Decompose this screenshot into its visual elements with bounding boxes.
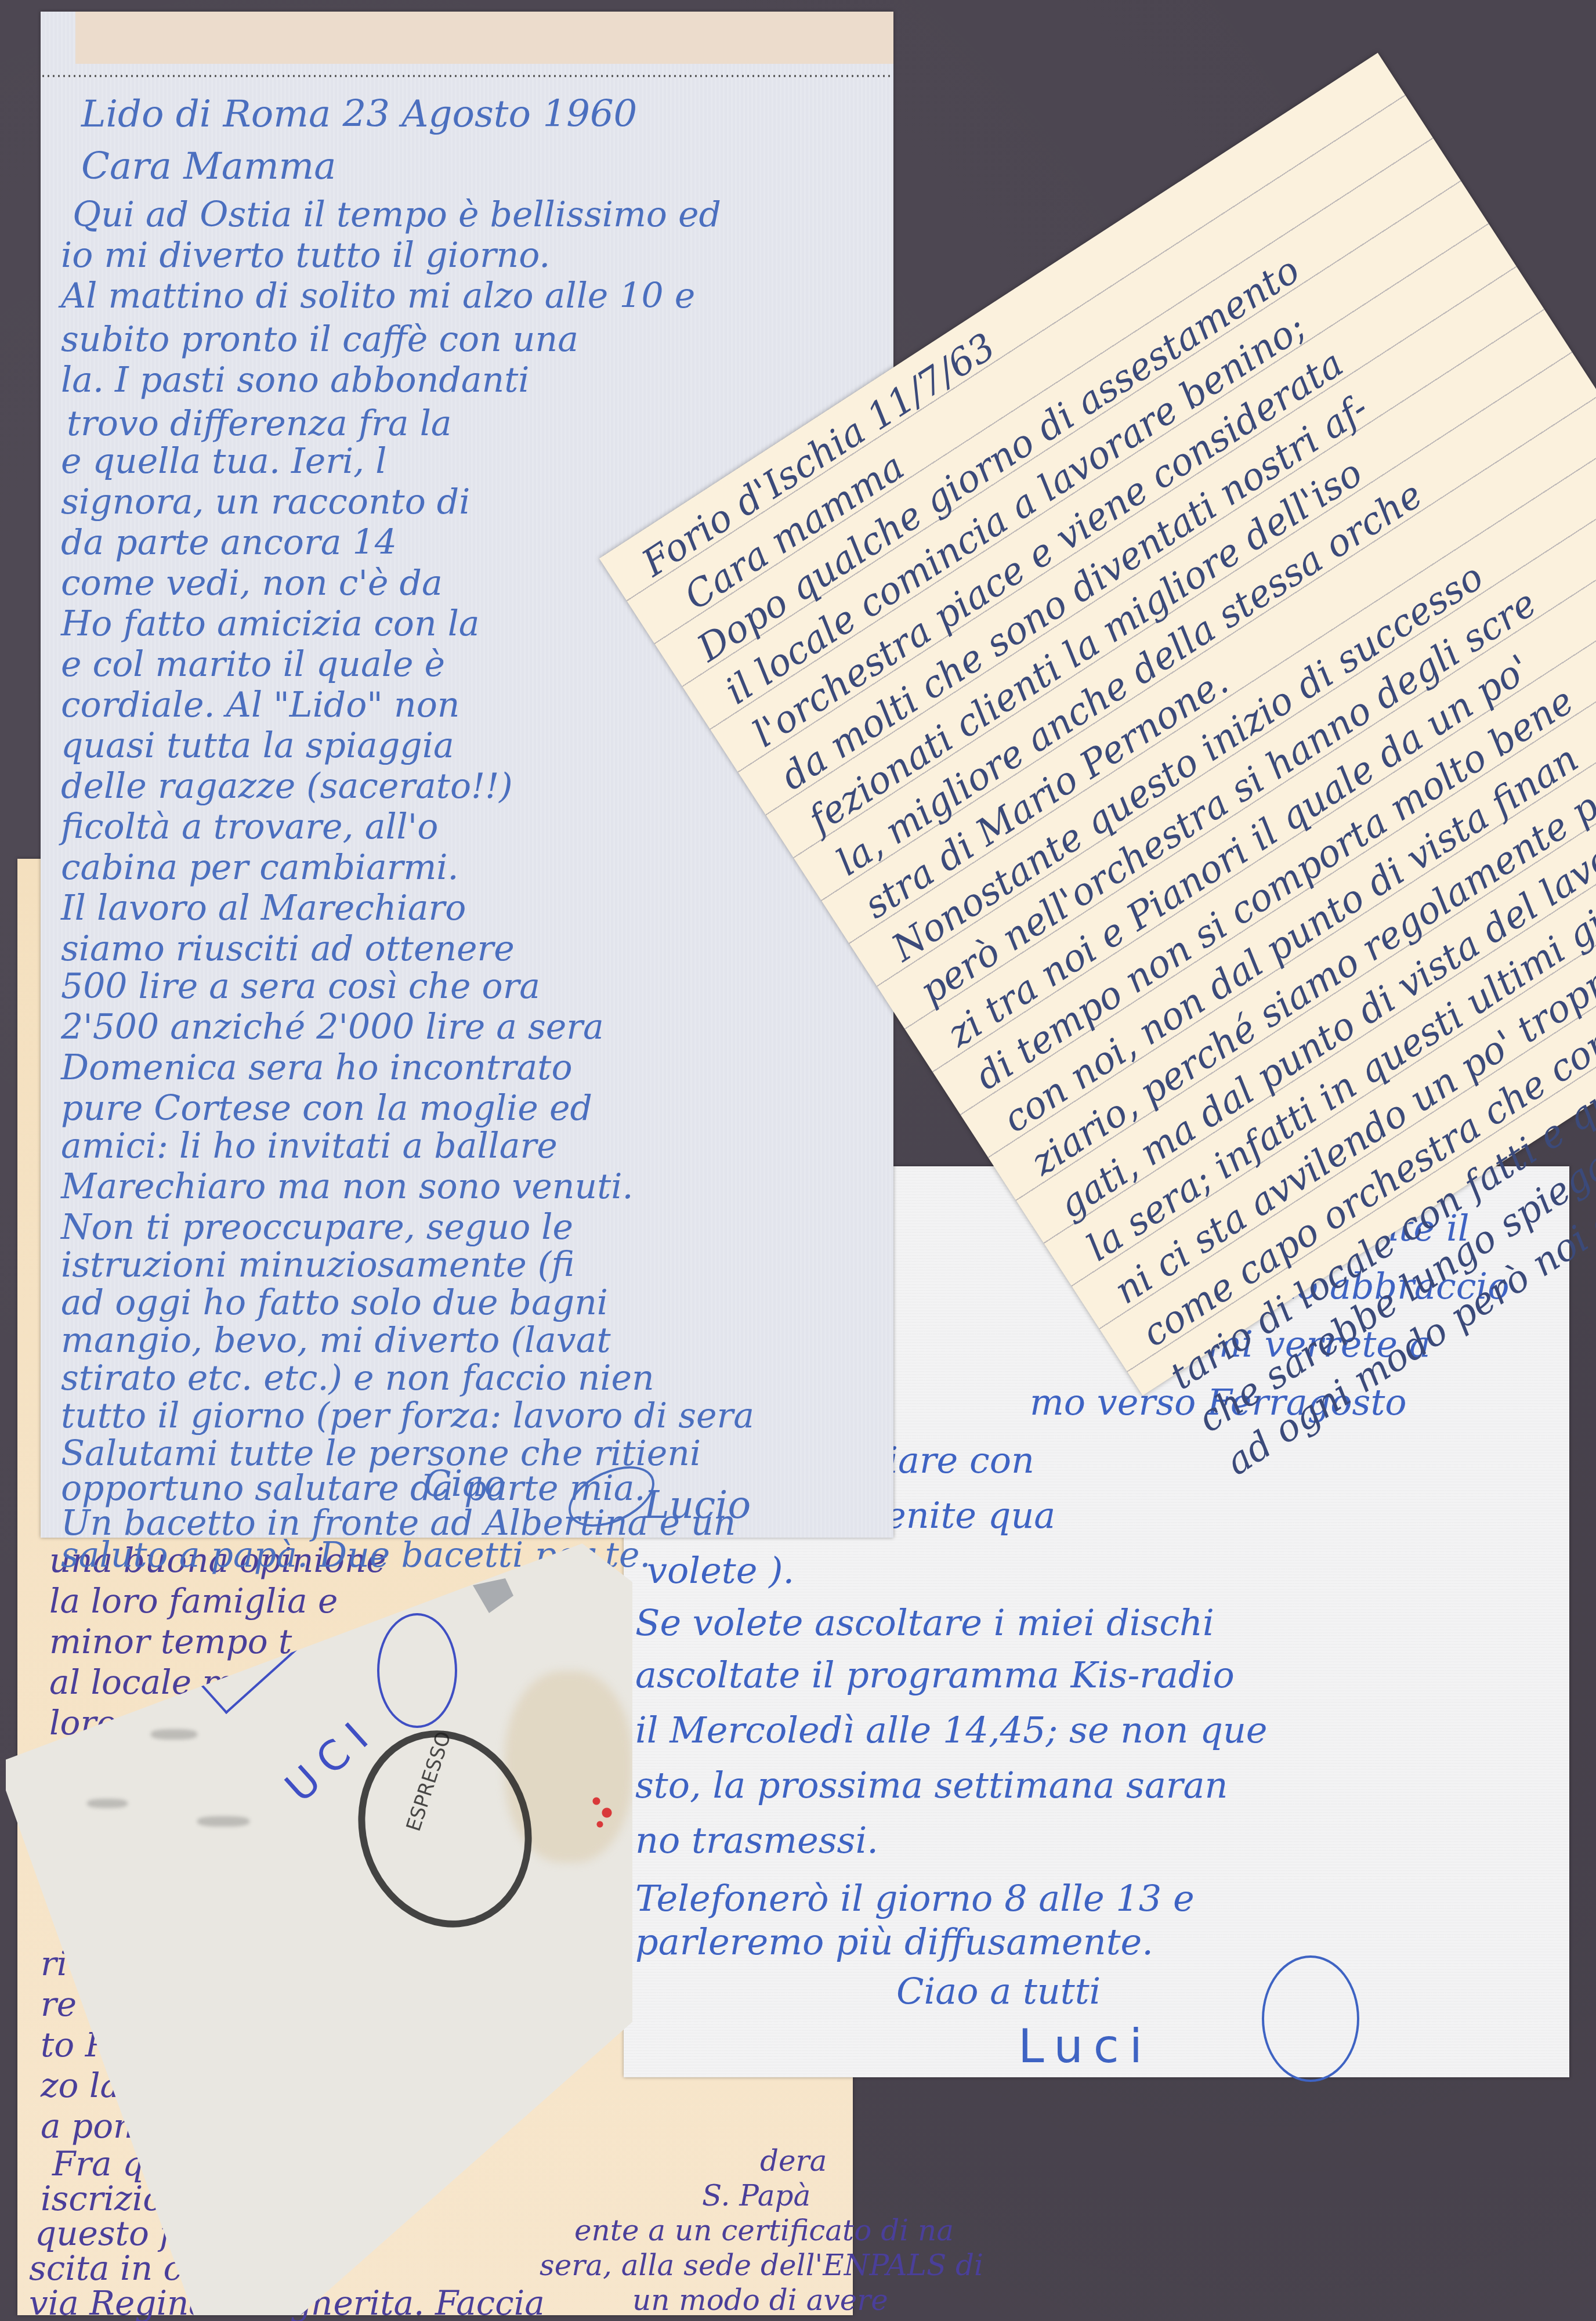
text-line: poter [64,1744,155,1783]
text-line: Qui ad Ostia il tempo è bellissimo ed [73,194,721,235]
text-line: scita in ca [29,2248,202,2288]
text-line: io mi diverto tutto il giorno. [61,235,550,276]
text-line: Domenica sera ho incontrato [61,1047,573,1088]
text-line: e col marito il quale è [61,644,445,685]
text-line: sera, alla sede dell'ENPALS di [540,2248,983,2282]
text-line: via Regina Margherita. Faccia [29,2283,545,2321]
text-line: tutto il giorno (per forza: lavoro di se… [61,1396,754,1436]
text-line: dera [760,2144,827,2178]
text-line: iscrizio [41,2179,163,2218]
text-line: ente a un certificato di na [574,2214,954,2247]
text-line: Fra qua [52,2144,186,2183]
text-line: Q [49,1866,77,1905]
text-line: al locale me [49,1662,254,1702]
text-line: re cont [49,1784,171,1824]
text-line: no trasmessi. [635,1819,878,1861]
text-line: volete ). [647,1549,794,1592]
text-line: Rosa [49,1825,132,1864]
text-line: minor tempo t [49,1622,292,1661]
text-line: quasi tutta la spiaggia [61,725,454,766]
text-line: sto, la prossima settimana saran [635,1764,1228,1806]
text-line: ascoltate il programma Kis-radio [635,1654,1235,1696]
text-line: ad oggi ho fatto solo due bagni [61,1282,608,1323]
text-line: da parte ancora 14 [61,522,397,563]
text-line: Al mattino di solito mi alzo alle 10 e [61,276,695,316]
text-line: a pon [41,2106,135,2146]
letter-top-strip [75,12,893,64]
text-line: Non ti preoccupare, seguo le [61,1207,573,1248]
closing: Ciao a tutti [896,1970,1101,2012]
text-line: ri [41,1944,67,1983]
text-line: subito pronto il caffè con una [61,319,578,360]
salutation: Cara Mamma [81,145,336,188]
text-line: parleremo più diffusamente. [635,1921,1153,1963]
text-line: Ho fatto amicizia con la [61,603,480,644]
text-line: pure Cortese con la moglie ed [61,1088,592,1129]
text-line: ficoltà a trovare, all'o [61,807,438,847]
text-line: Marechiaro ma non sono venuti. [61,1166,634,1207]
text-line: istruzioni minuziosamente (fi [61,1245,574,1285]
text-line: stirato etc. etc.) e non faccio nien [61,1358,654,1398]
closing: Ciao [424,1462,506,1505]
text-line: to Pie [41,2025,139,2065]
text-line: zo la [41,2066,120,2105]
text-line: Telefonerò il giorno 8 alle 13 e [635,1877,1195,1919]
text-line: saluto a papà. Due bacetti per te. [61,1535,651,1575]
text-line: un modo di avere [632,2283,888,2317]
text-line: il Mercoledì alle 14,45; se non que [635,1709,1268,1751]
signature: Lucio [644,1483,751,1527]
text-line: siamo riusciti ad ottenere [61,928,515,969]
text-line: S. Papà [702,2179,810,2212]
text-line: cordiale. Al "Lido" non [61,685,459,725]
text-line: re la [41,1984,118,2024]
text-line: loro opposo [49,1703,248,1742]
signature: Luci [1018,2019,1153,2073]
letter-date: Lido di Roma 23 Agosto 1960 [81,93,637,136]
perforation-line [41,74,893,78]
text-line: la loro famiglia e [49,1581,338,1621]
text-line: 2'500 anziché 2'000 lire a sera [61,1007,604,1047]
text-line: delle ragazze (sacerato!!) [61,766,513,807]
text-line: la. I pasti sono abbondanti [61,360,529,400]
text-line: Il lavoro al Marechiaro [61,888,466,928]
text-line: questo foglio [35,2214,256,2253]
text-line: Se volete ascoltare i miei dischi [635,1601,1214,1644]
text-line: mangio, bevo, mi diverto (lavat [61,1320,611,1361]
text-line: e quella tua. Ieri, l [61,441,386,482]
text-line: 500 lire a sera così che ora [61,966,540,1007]
text-line: come vedi, non c'è da [61,563,443,603]
signature-emblem-icon [1262,1955,1359,2082]
text-line: signora, un racconto di [61,482,470,522]
text-line: cabina per cambiarmi. [61,847,459,888]
text-line: trovo differenza fra la [67,403,452,444]
text-line: amici: li ho invitati a ballare [61,1126,558,1166]
